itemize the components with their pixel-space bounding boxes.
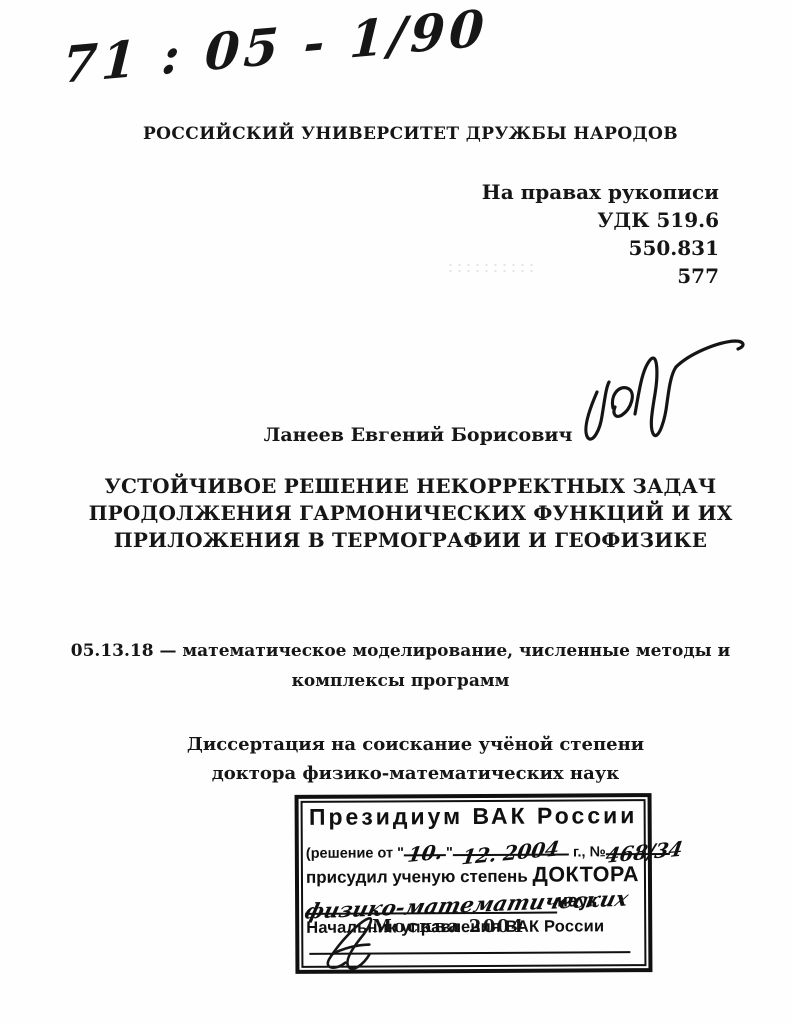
scan-noise-artifact xyxy=(446,262,538,274)
author-name: Ланеев Евгений Борисович xyxy=(45,424,791,446)
decision-number-blank: 468/34 xyxy=(606,837,670,855)
title-line-1: УСТОЙЧИВОЕ РЕШЕНИЕ НЕКОРРЕКТНЫХ ЗАДАЧ xyxy=(30,473,791,500)
dissertation-note: Диссертация на соискание учёной степени … xyxy=(40,730,791,788)
stamp-field-line: физико-математическихнаук xyxy=(305,889,597,916)
decision-day-blank: 10. xyxy=(404,838,446,856)
manuscript-note: На правах рукописи xyxy=(482,178,719,206)
title-line-3: ПРИЛОЖЕНИЯ В ТЕРМОГРАФИИ И ГЕОФИЗИКЕ xyxy=(30,527,791,554)
decision-prefix: (решение от " xyxy=(306,845,404,862)
dissertation-title: УСТОЙЧИВОЕ РЕШЕНИЕ НЕКОРРЕКТНЫХ ЗАДАЧ ПР… xyxy=(30,473,791,554)
scanned-dissertation-title-page: 71 : 05 - 1/90 РОССИЙСКИЙ УНИВЕРСИТЕТ ДР… xyxy=(0,0,791,1023)
decision-date-blank: 12. 2004 xyxy=(453,838,569,857)
university-name: РОССИЙСКИЙ УНИВЕРСИТЕТ ДРУЖБЫ НАРОДОВ xyxy=(30,124,791,144)
stamp-decision-line: (решение от "10."12. 2004 г., №468/34 xyxy=(306,837,670,862)
degree-prefix: присудил ученую степень xyxy=(306,867,528,887)
field-suffix: наук xyxy=(557,890,597,910)
stamp-signature xyxy=(311,914,401,976)
degree-word: ДОКТОРА xyxy=(532,862,639,887)
decision-suffix: г., № xyxy=(573,844,606,860)
dissertation-line-1: Диссертация на соискание учёной степени xyxy=(40,730,791,759)
specialty-line-1: 05.13.18 — математическое моделирование,… xyxy=(10,636,791,666)
stamp-degree-line: присудил ученую степень ДОКТОРА xyxy=(306,862,639,889)
stamp-header: Президиум ВАК России xyxy=(295,802,652,831)
field-blank: физико-математических xyxy=(305,890,557,915)
title-line-2: ПРОДОЛЖЕНИЯ ГАРМОНИЧЕСКИХ ФУНКЦИЙ И ИХ xyxy=(30,500,791,527)
dissertation-line-2: доктора физико-математических наук xyxy=(40,759,791,788)
specialty-line-2: комплексы программ xyxy=(10,666,791,696)
udk-code-2: 550.831 xyxy=(482,234,719,262)
udk-code-1: УДК 519.6 xyxy=(482,206,719,234)
handwritten-call-number: 71 : 05 - 1/90 xyxy=(61,0,463,94)
vak-stamp: Президиум ВАК России (решение от "10."12… xyxy=(295,793,653,974)
specialty-code: 05.13.18 — математическое моделирование,… xyxy=(10,636,791,696)
